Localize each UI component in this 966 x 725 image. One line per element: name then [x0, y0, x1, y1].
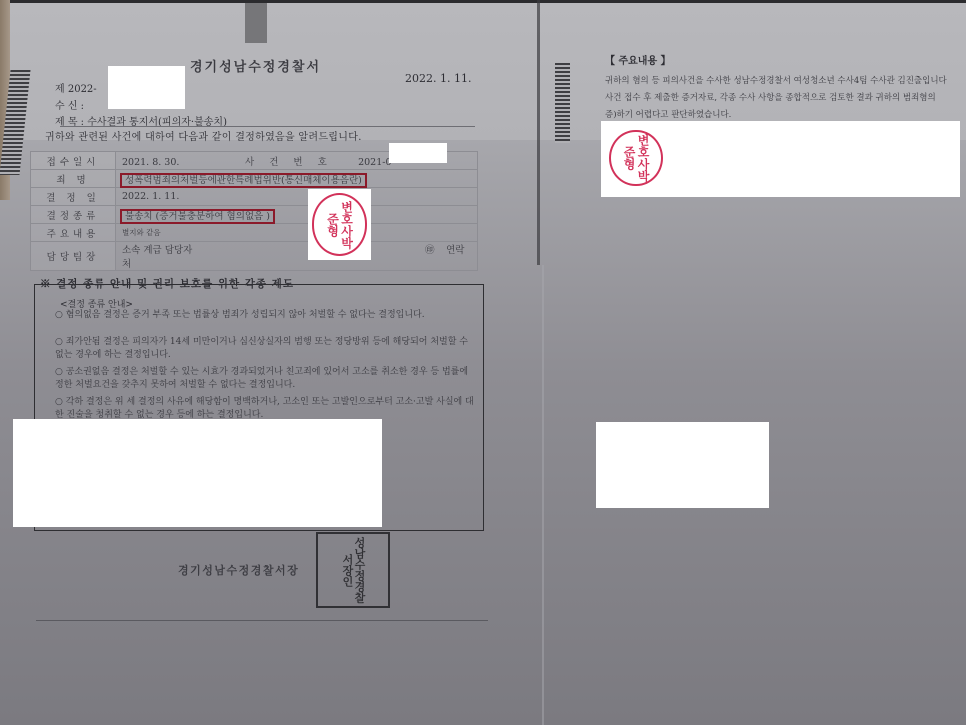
document-date: 2022. 1. 11. — [405, 72, 471, 85]
table-row: 결정종류 불송치 (증거불충분하여 혐의없음 ) — [31, 206, 478, 224]
redaction-doc-number — [108, 66, 185, 109]
label-receipt-date: 접수일시 — [31, 152, 116, 170]
guide-item: ○ 죄가안됨 결정은 피의자가 14세 미만이거나 심신상실자의 범행 또는 정… — [55, 336, 475, 362]
value-case-number: 2021-0 — [358, 157, 391, 168]
redaction-case-number — [389, 143, 447, 163]
right-body-line: 귀하의 혐의 등 피의사건을 수사한 성남수정경찰서 여성청소년 수사4팀 수사… — [605, 74, 965, 86]
page-divider — [537, 0, 540, 265]
redaction-right-bottom — [596, 422, 769, 508]
bottom-rule — [36, 620, 488, 621]
label-decision-type: 결정종류 — [31, 206, 116, 224]
right-section-title: 【 주요내용 】 — [605, 52, 671, 67]
value-decision-type: 불송치 (증거불충분하여 혐의없음 ) — [116, 206, 478, 224]
intro-text: 귀하와 관련된 사건에 대하여 다음과 같이 결정하였음을 알려드립니다. — [45, 128, 362, 143]
official-seal-icon: 성남수정경찰서장인 — [316, 532, 390, 608]
value-team-leader: 소속 계급 담당자 ㊞ 연락처 — [116, 242, 478, 271]
table-row: 결 정 일 2022. 1. 11. — [31, 188, 478, 206]
label-decision-date: 결 정 일 — [31, 188, 116, 206]
barcode-right — [555, 63, 570, 143]
label-charge: 죄 명 — [31, 170, 116, 188]
label-main-content: 주요내용 — [31, 224, 116, 242]
receipt-date-text: 2021. 8. 30. — [122, 157, 242, 168]
case-info-table: 접수일시 2021. 8. 30. 사 건 번 호 2021-0 죄 명 성폭력… — [30, 151, 478, 271]
team-leader-text: 소속 계급 담당자 — [122, 242, 422, 256]
guide-item: ○ 공소권없음 결정은 처벌할 수 있는 시효가 경과되었거나 친고죄에 있어서… — [55, 366, 475, 392]
value-main-content: 별지와 같음 — [116, 224, 478, 242]
seal-icon: 변호사박준형 — [609, 130, 662, 186]
issuer-name: 경기성남수정경찰서장 — [178, 562, 299, 578]
right-body-line: 증)하기 어렵다고 판단하였습니다. — [605, 108, 965, 120]
agency-title: 경기성남수정경찰서 — [190, 56, 321, 75]
lawyer-seal-right: 변호사박준형 — [606, 126, 666, 190]
page-crease — [542, 265, 544, 725]
table-row: 담당팀장 소속 계급 담당자 ㊞ 연락처 — [31, 242, 478, 271]
table-row: 죄 명 성폭력범죄의처벌등에관한특례법위반(통신매체이용음란) — [31, 170, 478, 188]
value-decision-date: 2022. 1. 11. — [116, 188, 478, 206]
top-edge — [0, 0, 966, 3]
divider — [60, 126, 475, 127]
decision-highlight: 불송치 (증거불충분하여 혐의없음 ) — [122, 211, 273, 222]
label-team-leader: 담당팀장 — [31, 242, 116, 271]
value-charge: 성폭력범죄의처벌등에관한특례법위반(통신매체이용음란) — [116, 170, 478, 188]
charge-highlight: 성폭력범죄의처벌등에관한특례법위반(통신매체이용음란) — [122, 175, 365, 186]
lawyer-seal-left: 변호사박준형 — [308, 189, 371, 260]
document-number: 제 2022- — [55, 80, 97, 95]
seal-icon: 변호사박준형 — [312, 193, 368, 255]
recipient: 수 신 : — [55, 97, 84, 112]
right-body-line: 사건 접수 후 제출한 증거자료, 각종 수사 사항을 종합적으로 검토한 결과… — [605, 91, 965, 103]
barcode-top-edge — [245, 3, 267, 43]
guide-item: ○ 혐의없음 결정은 증거 부족 또는 법률상 범죄가 성립되지 않아 처벌할 … — [55, 309, 475, 322]
seal-mark: ㊞ — [425, 242, 443, 256]
label-case-number: 사 건 번 호 — [245, 154, 355, 168]
table-row: 주요내용 별지와 같음 — [31, 224, 478, 242]
redaction-guide-box — [13, 419, 382, 527]
